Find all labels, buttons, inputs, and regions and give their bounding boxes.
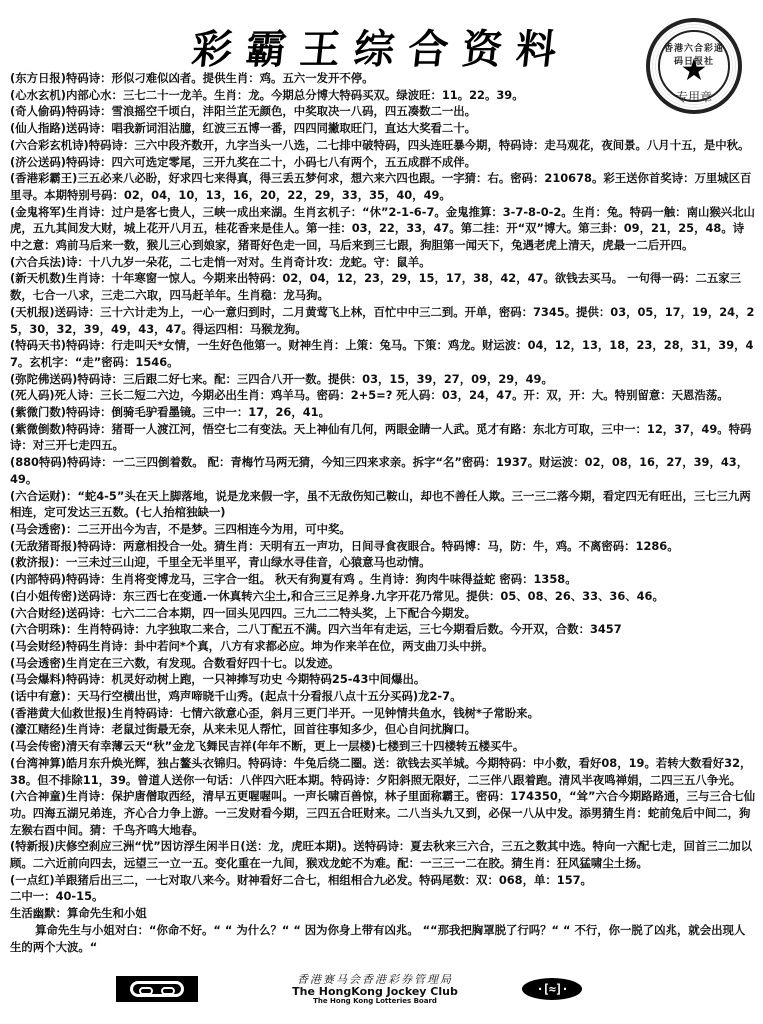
entry-source-tag: (六合财经) <box>10 606 66 620</box>
entry-source-tag: (六合明珠) <box>10 622 66 636</box>
entry-source-tag: (一点红) <box>10 873 55 887</box>
entry-source-tag: (马会透密) <box>10 656 66 670</box>
list-item: (心水玄机)内部心水：三七二十一龙羊。生肖：龙。今期总分博大特码买双。绿波旺：1… <box>10 87 755 104</box>
entry-text: 特码诗：三后跟二好七来。配：三四合八开一数。提供：03，15，39，27，09，… <box>77 372 552 386</box>
list-item: (金鬼将军)生肖诗：过户是客七贵人，三峡一成出来湖。生肖玄机子：“休”2-1-6… <box>10 204 755 254</box>
entry-source-tag: (新天机数) <box>10 271 66 285</box>
list-item: (六合兵法)诗：十八九岁一朵花，二七走悄一对对。生肖奇计攻：龙蛇。守：鼠羊。 <box>10 254 755 271</box>
entry-text: 特码诗：机灵好动树上跑，一只神捧写功史 今期特码25-43中间爆出。 <box>66 672 425 686</box>
list-item: (死人码)死人诗：三长二短二六边，今期必出生肖：鸡羊马。密码：2+5=? 死人码… <box>10 387 755 404</box>
entry-source-tag: (六合兵法) <box>10 255 66 269</box>
wordmark-english: The HongKong Jockey Club <box>250 986 500 997</box>
entry-source-tag: (六合运财) <box>10 489 66 503</box>
entry-text: 清天有幸薄云天“秋”金龙飞舞民吉祥(年年不断，更上一层楼)七楼到三十四楼转五楼买… <box>66 739 524 753</box>
list-item: (六合明珠)：生肖特码诗：九字独取二来合，二八丁配五不满。四六当年有走运，三七今… <box>10 621 755 638</box>
entry-text: 二中一：40-15。 <box>10 889 103 903</box>
footer-logos: 香港赛马会香港彩券管理局 The HongKong Jockey Club Th… <box>0 970 763 1010</box>
joke-body: 算命先生与小姐对白：“你命不好。“ “ 为什么？“ “ 因为你身上带有凶兆。 “… <box>10 922 755 955</box>
jockey-club-logo-icon <box>116 976 198 1002</box>
entry-text: 生肖诗：十年寒窗一惊人。今期来出特码：02，04，12，23，29，15，17，… <box>10 271 741 302</box>
list-item: (马会财经)特码生肖诗：卦中若问*个真，八方有求都必应。坤为作来羊在位，两支曲刀… <box>10 638 755 655</box>
lotteries-mark-icon: ·[≈]· <box>536 982 567 996</box>
list-item: (紫微门数)特码诗：倒骑毛驴看墨镜。三中一：17，26，41。 <box>10 404 755 421</box>
entry-text: 特码诗：两意相投合一处。猜生肖：天明有五一声功，日间寻食夜眼合。特码博：马，防：… <box>77 539 678 553</box>
entry-source-tag: (东方日报) <box>10 71 66 85</box>
entry-text: 特码诗：行走叫天*女情，一生好色他第一。财神生肖：上策：兔马。下策：鸡龙。财运波… <box>10 338 753 369</box>
entry-source-tag: (特码天书) <box>10 338 66 352</box>
lotteries-logo-icon: ·[≈]· <box>522 978 582 1000</box>
entry-source-tag: (无敌猪哥报) <box>10 539 77 553</box>
entry-source-tag: (仙人指路) <box>10 121 66 135</box>
entry-text: 生肖定在三六数，有发现。合数看好四十七。以发迹。 <box>66 656 339 670</box>
entry-source-tag: (弥陀佛送码) <box>10 372 77 386</box>
list-item: (特新报)庆修空刹应三洲“忧”因访浮生闲半日(送：龙，虎旺本期)。送特码诗：夏去… <box>10 838 755 871</box>
list-item: (六合财经)送码诗：七六二二合本期，四一回头见四四。三九二二特头奖，上下配合今期… <box>10 605 755 622</box>
list-item: (马会透密)：二三开出今为吉，不是梦。三四相连今为用，可中奖。 <box>10 521 755 538</box>
jockey-club-wordmark: 香港赛马会香港彩券管理局 The HongKong Jockey Club Th… <box>250 974 500 1005</box>
list-item: (香港彩霸王)三五必来八必盼，好求四七来得真，得三丢五梦何求，想六来六四也跟。一… <box>10 170 755 203</box>
entry-source-tag: (台湾神算) <box>10 756 66 770</box>
entry-text: ：二三开出今为吉，不是梦。三四相连今为用，可中奖。 <box>66 522 351 536</box>
list-item: (六合神童)生肖诗：保护唐僧取西经，清早五更喔喔叫。一声长啸百兽惊，林子里面称霸… <box>10 788 755 838</box>
list-item: (话中有意)：天马行空横出世，鸡声啼晓千山秀。(起点十分看报八点十五分买码)龙2… <box>10 688 755 705</box>
list-item: 二中一：40-15。 <box>10 888 755 905</box>
entry-source-tag: (天机报) <box>10 305 55 319</box>
entry-source-tag: (六合神童) <box>10 789 66 803</box>
entry-source-tag: (香港彩霸王) <box>10 171 77 185</box>
list-item: (六合彩玄机诗)特码诗：三六中段齐数开，九字当头一八选，二七排中破特码，四头连旺… <box>10 137 755 154</box>
entry-text: 生肖诗：老鼠过街最无奈，从来未见人帮忙，回首往事知多少，但心自问扰胸口。 <box>66 722 476 736</box>
entry-text: 庆修空刹应三洲“忧”因访浮生闲半日(送：龙，虎旺本期)。送特码诗：夏去秋来三六合… <box>10 839 752 870</box>
entry-text: 羊跟猪后出三二，一七对取八来今。财神看好二合七，相组相合九必发。特码尾数：双：0… <box>55 873 592 887</box>
entry-source-tag: (内部特码) <box>10 572 66 586</box>
entry-text: ：一三未过三山迎，千里全无半里平，青山绿水寻佳音，心猿意马也动情。 <box>55 555 431 569</box>
entry-source-tag: (白小姐传密) <box>10 589 77 603</box>
list-item: (六合运财)：“蛇4-5”头在天上脚落地，说是龙来假一字，虽不无敌伤知己鞍山，却… <box>10 488 755 521</box>
list-item: (救济报)：一三未过三山迎，千里全无半里平，青山绿水寻佳音，心猿意马也动情。 <box>10 554 755 571</box>
list-item: (马会传密)清天有幸薄云天“秋”金龙飞舞民吉祥(年年不断，更上一层楼)七楼到三十… <box>10 738 755 755</box>
entry-text: 特码诗：一二三四倒着数。 配：青梅竹马两无猜，今知三四来求亲。拆字“名”密码：1… <box>10 455 748 486</box>
content-body: (东方日报)特码诗：形似刁难似凶者。提供生肖：鸡。五六一发开不停。(心水玄机)内… <box>10 70 755 955</box>
entry-text: 送码诗：七六二二合本期，四一回头见四四。三九二二特头奖，上下配合今期发。 <box>66 606 476 620</box>
list-item: (台湾神算)皓月东升焕光辉，独占鳌头衣锦归。特码诗：牛兔后绕二圈。送：欲钱去买羊… <box>10 755 755 788</box>
list-item: (济公送码)特码诗：四六可选定零尾，三开九奖在二十，小码七八有两个，五五成群不成… <box>10 154 755 171</box>
entry-source-tag: (金鬼将军) <box>10 205 66 219</box>
entry-source-tag: (特新报) <box>10 839 55 853</box>
wordmark-subtitle: The Hong Kong Lotteries Board <box>250 997 500 1005</box>
list-item: (880特码)特码诗：一二三四倒着数。 配：青梅竹马两无猜，今知三四来求亲。拆字… <box>10 454 755 487</box>
list-item: (马会透密)生肖定在三六数，有发现。合数看好四十七。以发迹。 <box>10 655 755 672</box>
entry-source-tag: (濠江赌经) <box>10 722 66 736</box>
list-item: (弥陀佛送码)特码诗：三后跟二好七来。配：三四合八开一数。提供：03，15，39… <box>10 371 755 388</box>
list-item: (仙人指路)送码诗：唱我新词泪沾臆，红波三五博一番，四四同撇取旺门，直达大奖看二… <box>10 120 755 137</box>
list-item: (紫微倒数)特码诗：猪哥一人渡江河，悟空七二有变法。天上神仙有几何，两眼金睛一人… <box>10 421 755 454</box>
entry-source-tag: (香港黄大仙救世报) <box>10 706 112 720</box>
swirl-emblem-icon <box>130 981 184 997</box>
entry-text: 内部心水：三七二十一龙羊。生肖：龙。今期总分博大特码买双。绿波旺：11。22。3… <box>66 88 524 102</box>
list-item: (一点红)羊跟猪后出三二，一七对取八来今。财神看好二合七，相组相合九必发。特码尾… <box>10 872 755 889</box>
list-item: (香港黄大仙救世报)生肖特码诗：七情六欲意心歪，斜月三更门半开。一见钟情共鱼水，… <box>10 705 755 722</box>
entry-text: 三五必来八必盼，好求四七来得真，得三丢五梦何求，想六来六四也跟。一字猜：右。密码… <box>10 171 751 202</box>
entry-source-tag: (紫微门数) <box>10 405 66 419</box>
entry-text: ：生肖特码诗：九字独取二来合，二八丁配五不满。四六当年有走运，三七今期看后数。今… <box>66 622 622 636</box>
entry-source-tag: (紫微倒数) <box>10 422 66 436</box>
entry-source-tag: (马会爆料) <box>10 672 66 686</box>
entry-text: 特码诗：猪哥一人渡江河，悟空七二有变法。天上神仙有几何，两眼金睛一人武。觅才有路… <box>10 422 751 453</box>
list-item: (天机报)送码诗：三十六计走为上，一心一意归到时，二月黄莺飞上林，百忙中中三二到… <box>10 304 755 337</box>
entry-text: 送码诗：三十六计走为上，一心一意归到时，二月黄莺飞上林，百忙中中三二到。开单，密… <box>10 305 754 336</box>
list-item: (东方日报)特码诗：形似刁难似凶者。提供生肖：鸡。五六一发开不停。 <box>10 70 755 87</box>
list-item: (新天机数)生肖诗：十年寒窗一惊人。今期来出特码：02，04，12，23，29，… <box>10 270 755 303</box>
entry-text: 皓月东升焕光辉，独占鳌头衣锦归。特码诗：牛兔后绕二圈。送：欲钱去买羊城。今期特码… <box>10 756 751 787</box>
entry-source-tag: (880特码) <box>10 455 67 469</box>
entry-source-tag: (马会透密) <box>10 522 66 536</box>
entry-text: 生肖特码诗：七情六欲意心歪，斜月三更门半开。一见钟情共鱼水，钱树*子常盼来。 <box>112 706 539 720</box>
entry-text: 特码诗：生肖将变博龙马，三字合一组。 秋天有狗夏有鸡 。生肖诗：狗肉牛味得益蛇 … <box>66 572 577 586</box>
entry-text: 死人诗：三长二短二六边，今期必出生肖：鸡羊马。密码：2+5=? 死人码：03，2… <box>55 388 729 402</box>
entry-source-tag: (奇人偷码) <box>10 104 66 118</box>
entry-text: 特码诗：倒骑毛驴看墨镜。三中一：17，26，41。 <box>66 405 330 419</box>
entry-source-tag: (马会财经) <box>10 639 66 653</box>
entry-source-tag: (六合彩玄机诗) <box>10 138 89 152</box>
list-item: (白小姐传密)送码诗：东三西七在变通.一休真转六尘土,和合三三足养身.九字开花乃… <box>10 588 755 605</box>
entry-source-tag: (心水玄机) <box>10 88 66 102</box>
entry-source-tag: (救济报) <box>10 555 55 569</box>
entry-text: 特码诗：形似刁难似凶者。提供生肖：鸡。五六一发开不停。 <box>66 71 374 85</box>
list-item: (特码天书)特码诗：行走叫天*女情，一生好色他第一。财神生肖：上策：兔马。下策：… <box>10 337 755 370</box>
entry-source-tag: (济公送码) <box>10 155 66 169</box>
entry-text: 特码生肖诗：卦中若问*个真，八方有求都必应。坤为作来羊在位，两支曲刀头中拼。 <box>66 639 493 653</box>
entry-text: ：“蛇4-5”头在天上脚落地，说是龙来假一字，虽不无敌伤知己鞍山，却也不善任人欺… <box>10 489 751 520</box>
entry-source-tag: (马会传密) <box>10 739 66 753</box>
entry-text: 送码诗：东三西七在变通.一休真转六尘土,和合三三足养身.九字开花乃常见。提供：0… <box>77 589 664 603</box>
entry-text: 生肖诗：过户是客七贵人，三峡一成出来湖。生肖玄机子：“休”2-1-6-7。金鬼推… <box>10 205 755 252</box>
joke-title: 生活幽默：算命先生和小姐 <box>10 905 755 922</box>
list-item: (奇人偷码)特码诗：雪浪摇空千顷白，沣阳兰芷无颜色，中奖取决一八码，四五凑数二一… <box>10 103 755 120</box>
entry-text: 诗：十八九岁一朵花，二七走悄一对对。生肖奇计攻：龙蛇。守：鼠羊。 <box>66 255 431 269</box>
entry-text: 送码诗：唱我新词泪沾臆，红波三五博一番，四四同撇取旺门，直达大奖看二十。 <box>66 121 476 135</box>
entry-text: 特码诗：四六可选定零尾，三开九奖在二十，小码七八有两个，五五成群不成伴。 <box>66 155 476 169</box>
list-item: (内部特码)特码诗：生肖将变博龙马，三字合一组。 秋天有狗夏有鸡 。生肖诗：狗肉… <box>10 571 755 588</box>
entry-source-tag: (死人码) <box>10 388 55 402</box>
entry-text: 生肖诗：保护唐僧取西经，清早五更喔喔叫。一声长啸百兽惊，林子里面称霸王。密码：1… <box>10 789 755 836</box>
list-item: (无敌猪哥报)特码诗：两意相投合一处。猜生肖：天明有五一声功，日间寻食夜眼合。特… <box>10 538 755 555</box>
list-item: (马会爆料)特码诗：机灵好动树上跑，一只神捧写功史 今期特码25-43中间爆出。 <box>10 671 755 688</box>
entry-text: 特码诗：雪浪摇空千顷白，沣阳兰芷无颜色，中奖取决一八码，四五凑数二一出。 <box>66 104 476 118</box>
list-item: (濠江赌经)生肖诗：老鼠过街最无奈，从来未见人帮忙，回首往事知多少，但心自问扰胸… <box>10 721 755 738</box>
entry-text: ：天马行空横出世，鸡声啼晓千山秀。(起点十分看报八点十五分买码)龙2-7。 <box>66 689 462 703</box>
entry-source-tag: (话中有意) <box>10 689 66 703</box>
entry-text: 特码诗：三六中段齐数开，九字当头一八选，二七排中破特码，四头连旺暴今期，特码诗：… <box>89 138 750 152</box>
